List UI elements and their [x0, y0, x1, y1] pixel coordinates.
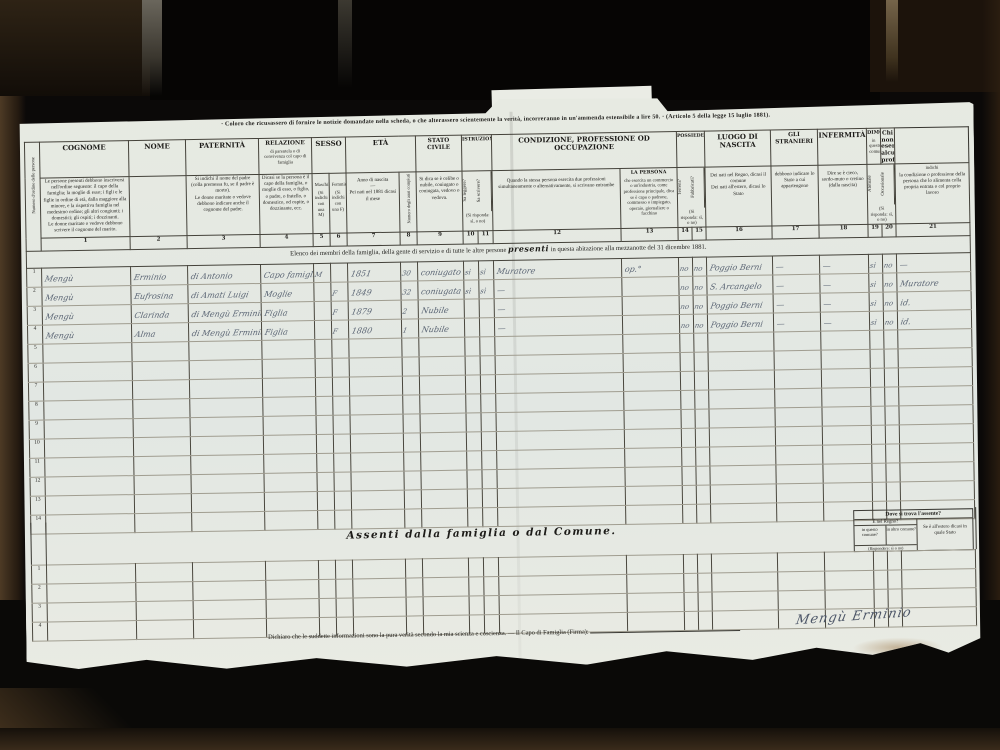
cell-stranieri [776, 483, 823, 503]
note-possiede: Terreni?Fabbricati? (Si risponda: sì, o … [677, 167, 706, 227]
cell-anno-nascita [350, 433, 403, 453]
cell-luogo-nascita [710, 465, 776, 485]
cell-luogo-nascita [709, 408, 775, 428]
cell-infermita [821, 349, 870, 369]
cell-anno-nascita: 1849 [348, 281, 401, 301]
colnum: 17 [772, 225, 819, 239]
cell-sesso-m [319, 598, 336, 617]
col-header-luogo-nascita: LUOGO DI NASCITA [704, 130, 771, 167]
cell-condizione [495, 373, 623, 394]
cell-stranieri: — [772, 255, 819, 275]
cell-nome [132, 380, 189, 400]
elenco-presenti: presenti [508, 243, 549, 254]
cell-dimora-occasionale [884, 330, 898, 349]
cell-nome [133, 418, 190, 438]
cell-anno-nascita [350, 414, 403, 434]
abituale-label: Abituale [867, 165, 881, 205]
cell-terreni [684, 592, 698, 611]
colnum: 19 [868, 224, 882, 237]
cell-chi-alimenta [898, 367, 972, 387]
cell-sesso-f [334, 491, 351, 510]
col-header-relazione: RELAZIONEdi parentela o di convivenza co… [258, 138, 312, 175]
colnum: 18 [819, 224, 868, 238]
numero-label: Numero d'ordine delle persone [29, 143, 35, 229]
note-nome [129, 176, 187, 237]
cell-cognome: Mengù [42, 324, 131, 344]
cell-stato-civile: coniugato [417, 261, 463, 281]
cell-sa-leggere [467, 451, 482, 470]
cell-luogo-nascita [708, 332, 774, 352]
col-header-stato-civile: STATO CIVILE [415, 135, 462, 172]
cell-sesso-m [315, 339, 332, 358]
cell-chi-alimenta: id. [897, 310, 971, 330]
cell-terreni [681, 409, 695, 428]
cell-numero: 8 [29, 401, 44, 420]
cell-relazione [263, 416, 316, 436]
cell-sa-leggere [465, 337, 480, 356]
cell-infermita [822, 425, 871, 445]
colnum: 16 [706, 226, 772, 240]
cell-sesso-m [316, 396, 333, 415]
present-members-rows: 1 Mengù Erminio di Antonio Capo famiglia… [27, 253, 975, 535]
sa-leggere-label: Sa leggere? [463, 172, 478, 212]
cell-numero: 3 [27, 306, 42, 325]
cell-dimora-abituale: sì [869, 273, 883, 292]
col-header-cognome: COGNOME [39, 141, 129, 179]
cell-sesso-f [333, 434, 350, 453]
colnum: 9 [417, 231, 463, 245]
cell-sesso-m [314, 320, 331, 339]
cell-la-persona [624, 429, 681, 449]
cell-dimora-occasionale [885, 425, 899, 444]
cell-nome: Erminio [131, 266, 188, 286]
note-luogo-nascita: Dei nati nel Regno, dicasi il comune Dei… [705, 166, 772, 227]
col-header-istruzione: ISTRUZIONE [461, 135, 492, 172]
cell-sa-scrivere [482, 451, 497, 470]
cell-terreni: no [678, 257, 692, 276]
cell-fabbricati [694, 352, 708, 371]
cell-anni-compiuti: 32 [401, 281, 418, 300]
cell-relazione [264, 454, 317, 474]
cell-fabbricati [696, 466, 710, 485]
cell-dimora-abituale [874, 589, 888, 608]
cell-chi-alimenta [902, 569, 976, 589]
cell-sa-scrivere [480, 356, 495, 375]
census-table: Numero d'ordine delle persone COGNOME NO… [24, 126, 975, 535]
cell-nome [132, 342, 189, 362]
cell-anno-nascita [351, 452, 404, 472]
cell-sa-leggere [467, 470, 482, 489]
cell-numero: 5 [28, 344, 43, 363]
cell-stranieri [776, 445, 823, 465]
note-sesso-f: Femmina(Si indichi con una F) [329, 173, 347, 233]
cell-sesso-m [314, 282, 331, 301]
cell-chi-alimenta: — [896, 253, 970, 273]
cell-stato-civile: Nubile [418, 318, 464, 338]
cell-chi-alimenta [900, 481, 974, 501]
cell-numero: 1 [27, 268, 42, 287]
cell-sesso-m [314, 301, 331, 320]
cell-sa-leggere [466, 394, 481, 413]
cell-dimora-occasionale: no [883, 311, 897, 330]
cell-stato-civile [419, 356, 465, 376]
cell-infermita [821, 330, 870, 350]
cell-la-persona [626, 554, 683, 574]
cell-cognome [43, 343, 132, 363]
cell-sesso-f [332, 377, 349, 396]
cell-anni-compiuti [403, 414, 420, 433]
note-anni-compiuti: Numero degli anni compiuti [399, 172, 417, 232]
cell-numero: 1 [31, 565, 46, 584]
cell-sesso-f [336, 598, 353, 617]
cell-sa-scrivere [483, 558, 498, 577]
cell-sa-leggere [464, 299, 479, 318]
cell-anno-nascita [353, 597, 406, 617]
cell-cognome [45, 495, 134, 515]
cell-fabbricati: no [693, 295, 707, 314]
cell-stranieri: — [773, 293, 820, 313]
cell-sa-scrivere [479, 299, 494, 318]
cell-terreni: no [679, 295, 693, 314]
cell-luogo-nascita: Poggio Berni [707, 313, 773, 333]
cell-dimora-occasionale [886, 444, 900, 463]
cell-sesso-f [335, 560, 352, 579]
cell-stranieri [778, 590, 825, 610]
photo-of-census-form: { "notice": "· Coloro che ricusassero di… [0, 0, 1000, 750]
cell-sesso-f [334, 453, 351, 472]
note-condizione: Quando la stessa persona esercita due pr… [492, 169, 621, 231]
cell-fabbricati [696, 447, 710, 466]
cell-numero: 6 [28, 363, 43, 382]
cell-condizione: — [494, 316, 622, 337]
cell-cognome: Mengù [42, 305, 131, 325]
cell-sesso-m: M [313, 263, 330, 282]
col-header-stranieri: GLI STRANIERI [770, 129, 818, 166]
cell-anno-nascita [349, 357, 402, 377]
cell-fabbricati [696, 485, 710, 504]
cell-anni-compiuti: 2 [401, 300, 418, 319]
numero-column-line [45, 523, 47, 565]
cell-relazione [265, 561, 318, 581]
cell-sa-scrivere: sì [479, 280, 494, 299]
cell-anno-nascita [351, 490, 404, 510]
cell-stato-civile: Nubile [418, 299, 464, 319]
cell-la-persona [625, 486, 682, 506]
cell-sesso-m [317, 453, 334, 472]
cell-cognome [46, 564, 135, 584]
background-streak [886, 0, 898, 82]
cell-anni-compiuti [406, 578, 423, 597]
elenco-text-end: in questa abitazione alla mezzanotte del… [549, 244, 707, 254]
cell-nome [136, 582, 193, 602]
background-top-left [0, 0, 150, 96]
cell-sesso-f: F [331, 301, 348, 320]
cell-terreni [680, 333, 694, 352]
cell-chi-alimenta [900, 462, 974, 482]
cell-stato-civile: coniugata [418, 280, 464, 300]
cell-paternita [191, 473, 264, 493]
cell-stato-civile [420, 413, 466, 433]
cell-dimora-abituale: sì [869, 311, 883, 330]
cell-dimora-abituale [874, 570, 888, 589]
colnum: 5 [313, 233, 330, 246]
sheet-content: · Coloro che ricusassero di fornire le n… [18, 104, 983, 676]
fabbricati-label: Fabbricati? [690, 168, 705, 208]
cell-stranieri: — [773, 274, 820, 294]
occasionale-label: Occasionale [880, 165, 895, 205]
cell-relazione [262, 359, 315, 379]
cell-luogo-nascita [709, 389, 775, 409]
background-bottom-strip [0, 728, 1000, 750]
cell-sa-leggere [465, 356, 480, 375]
cell-numero: 9 [29, 420, 44, 439]
cell-cognome [44, 400, 133, 420]
cell-luogo-nascita [711, 553, 777, 573]
cell-stato-civile [420, 432, 466, 452]
cell-numero: 13 [30, 496, 45, 515]
cell-sesso-f: F [331, 320, 348, 339]
cell-infermita [822, 406, 871, 426]
cell-la-persona [625, 467, 682, 487]
background-streak [338, 0, 352, 88]
cell-paternita [191, 492, 264, 512]
cell-dimora-occasionale [884, 368, 898, 387]
cell-la-persona [623, 334, 680, 354]
cell-relazione: Capo famiglia [261, 264, 314, 284]
sa-scrivere-label: Sa scrivere? [477, 171, 493, 211]
cell-stato-civile [420, 394, 466, 414]
cell-terreni: no [679, 276, 693, 295]
cell-sa-scrivere [479, 318, 494, 337]
colnum: 2 [130, 236, 187, 250]
cell-numero: 2 [32, 584, 47, 603]
cell-terreni [681, 428, 695, 447]
cell-stato-civile [423, 596, 469, 616]
cell-luogo-nascita [709, 427, 775, 447]
note-stranieri: debbono indicare lo Stato a cui apparten… [771, 165, 819, 226]
assenti-title: Assenti dalla famiglia o dal Comune. [231, 523, 731, 543]
colnum: 11 [478, 231, 493, 244]
penalty-notice: · Coloro che ricusassero di fornire le n… [48, 110, 944, 131]
cell-terreni [682, 485, 696, 504]
cell-sa-scrivere [484, 577, 499, 596]
colnum: 20 [882, 224, 896, 237]
cell-nome [132, 361, 189, 381]
abox-altro-comune: in altro comune? [885, 525, 917, 545]
cell-anni-compiuti: 30 [400, 262, 417, 281]
cell-paternita [189, 379, 262, 399]
cell-anno-nascita [352, 559, 405, 579]
background-streak [142, 0, 162, 96]
cell-stranieri [775, 426, 822, 446]
cell-anni-compiuti [403, 395, 420, 414]
cell-la-persona [622, 277, 679, 297]
cell-paternita [190, 416, 263, 436]
cell-numero: 7 [28, 382, 43, 401]
cell-sa-scrivere [484, 596, 499, 615]
cell-dimora-abituale: sì [869, 292, 883, 311]
cell-sa-scrivere [481, 394, 496, 413]
cell-fabbricati [698, 573, 712, 592]
cell-la-persona [624, 391, 681, 411]
cell-sa-scrivere [482, 489, 497, 508]
cell-anno-nascita: 1879 [348, 300, 401, 320]
cell-fabbricati [695, 390, 709, 409]
cell-la-persona [622, 315, 679, 335]
cell-sa-leggere [469, 596, 484, 615]
col-header-chi-non-esercita: Chi non esercita alcuna professione [880, 128, 895, 165]
cell-chi-alimenta [899, 386, 973, 406]
cell-stato-civile [423, 577, 469, 597]
cell-condizione [496, 411, 624, 432]
cell-sa-scrivere: sì [478, 261, 493, 280]
note-istruzione: Sa leggere?Sa scrivere? (Si risponda: sì… [462, 171, 493, 231]
cell-dimora-abituale [872, 463, 886, 482]
note-stato-civile: Si dica se è celibe o nubile, coniugato … [416, 171, 463, 232]
cell-la-persona [623, 353, 680, 373]
cell-sa-scrivere [482, 470, 497, 489]
cell-paternita: di Mengù Erminio [188, 303, 261, 323]
cell-cognome [47, 583, 136, 603]
cell-terreni [682, 447, 696, 466]
colnum: 13 [621, 228, 678, 242]
note-infermita: Dire se è cieco, sordo-muto o cretino (d… [818, 165, 868, 226]
cell-cognome: Mengù [42, 267, 131, 287]
cell-stranieri [774, 331, 821, 351]
colnum: 10 [463, 231, 478, 244]
cell-chi-alimenta [899, 424, 973, 444]
cell-stranieri [774, 350, 821, 370]
abox-questo-comune: in questo comune? [854, 526, 885, 546]
cell-la-persona [627, 573, 684, 593]
colnum: 14 [678, 227, 692, 240]
cell-relazione [262, 378, 315, 398]
cell-infermita: — [819, 254, 868, 274]
cell-infermita [825, 589, 874, 609]
cell-sesso-m [315, 358, 332, 377]
cell-sesso-f [332, 358, 349, 377]
cell-condizione [497, 468, 625, 489]
cell-sesso-m [316, 415, 333, 434]
cell-relazione [264, 473, 317, 493]
cell-anno-nascita [353, 578, 406, 598]
colnum: 6 [330, 233, 347, 246]
cell-paternita [189, 341, 262, 361]
cell-condizione: Muratore [494, 259, 622, 280]
census-sheet: · Coloro che ricusassero di fornire le n… [17, 90, 982, 676]
cell-sa-leggere [466, 413, 481, 432]
cell-stato-civile [419, 375, 465, 395]
cell-anno-nascita: 1880 [348, 319, 401, 339]
cell-dimora-occasionale [884, 349, 898, 368]
cell-cognome [45, 457, 134, 477]
cell-dimora-occasionale [885, 406, 899, 425]
cell-la-persona [624, 410, 681, 430]
cell-infermita [822, 387, 871, 407]
cell-sa-leggere [466, 432, 481, 451]
cell-luogo-nascita [708, 370, 774, 390]
cell-nome [134, 494, 191, 514]
cell-nome: Alma [131, 323, 188, 343]
cell-la-persona [625, 448, 682, 468]
note-cognome: Le persone presenti debbono inscriversi … [40, 177, 130, 238]
dove-si-trova-assente-box: Dove si trova l'assente? È nel Regno? in… [853, 508, 974, 552]
colnum: 3 [187, 235, 260, 249]
cell-nome [134, 475, 191, 495]
cell-nome [135, 563, 192, 583]
cell-nome [134, 456, 191, 476]
cell-dimora-abituale [872, 444, 886, 463]
cell-cognome: Mengù [42, 286, 131, 306]
cell-numero: 10 [29, 439, 44, 458]
signature-line [590, 624, 740, 633]
cell-dimora-abituale [870, 330, 884, 349]
cell-chi-alimenta [901, 550, 975, 570]
cell-paternita: di Mengù Erminio [188, 322, 261, 342]
cell-dimora-occasionale: no [882, 254, 896, 273]
cell-luogo-nascita [710, 446, 776, 466]
cell-luogo-nascita [712, 591, 778, 611]
cell-sa-scrivere [481, 413, 496, 432]
cell-numero: 3 [32, 603, 47, 622]
cell-sesso-m [317, 491, 334, 510]
cell-sa-leggere [465, 375, 480, 394]
cell-anni-compiuti [402, 338, 419, 357]
cell-anno-nascita [349, 338, 402, 358]
cell-luogo-nascita [710, 484, 776, 504]
cell-sesso-f [333, 415, 350, 434]
cell-paternita [189, 360, 262, 380]
note-la-persona: LA PERSONAche esercita un commercio o un… [620, 168, 678, 229]
col-header-condizione: CONDIZIONE, PROFESSIONE OD OCCUPAZIONE [491, 132, 677, 171]
cell-dimora-occasionale [888, 570, 902, 589]
cell-anno-nascita [349, 376, 402, 396]
cell-cognome [44, 419, 133, 439]
cell-dimora-abituale [871, 387, 885, 406]
cell-sa-leggere: sì [464, 280, 479, 299]
cell-sesso-m [318, 560, 335, 579]
cell-chi-alimenta [900, 443, 974, 463]
colnum: 8 [400, 232, 417, 245]
cell-fabbricati [695, 409, 709, 428]
cell-terreni [684, 573, 698, 592]
cell-cognome [44, 438, 133, 458]
cell-sesso-f [330, 263, 347, 282]
cell-terreni [680, 371, 694, 390]
cell-anni-compiuti [406, 597, 423, 616]
cell-relazione: Moglie [261, 283, 314, 303]
cell-fabbricati [698, 592, 712, 611]
cell-dimora-abituale [871, 406, 885, 425]
col-header-eta: ETÀ [345, 136, 416, 173]
cell-sesso-m [315, 377, 332, 396]
cell-anni-compiuti [403, 433, 420, 452]
cell-anni-compiuti [402, 376, 419, 395]
abox-estero: Se è all'estero dicasi in quale Stato [916, 518, 973, 550]
cell-dimora-occasionale [886, 463, 900, 482]
cell-chi-alimenta [898, 348, 972, 368]
cell-condizione [499, 593, 627, 614]
cell-chi-alimenta [899, 405, 973, 425]
note-anno-nascita: Anno di nascita — Pei nati nel 1881 dica… [346, 172, 400, 233]
cell-stato-civile [421, 489, 467, 509]
cell-condizione [498, 555, 626, 576]
note-paternita: Si indichi il nome del padre (colla prem… [186, 175, 260, 236]
cell-paternita: di Amati Luigi [188, 284, 261, 304]
cell-stato-civile [419, 337, 465, 357]
cell-relazione [263, 435, 316, 455]
cell-nome [136, 601, 193, 621]
